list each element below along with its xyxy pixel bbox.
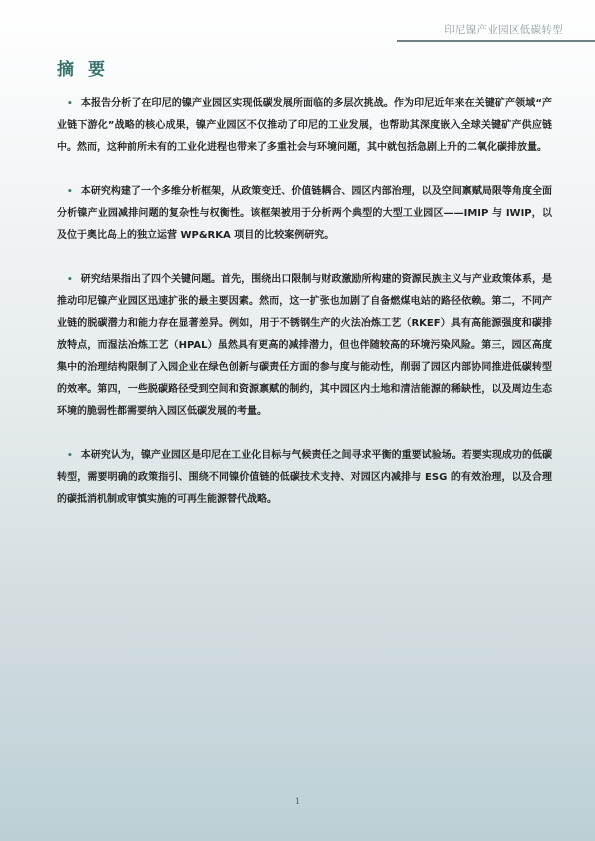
bullet-icon: • bbox=[67, 187, 73, 197]
bullet-icon: • bbox=[67, 99, 73, 109]
abstract-paragraph-3: •研究结果指出了四个关键问题。首先，围绕出口限制与财政激励所构建的资源民族主义与… bbox=[57, 269, 552, 423]
document-page: 印尼镍产业园区低碳转型 摘要 •本报告分析了在印尼的镍产业园区实现低碳发展所面临… bbox=[0, 0, 595, 841]
page-number: 1 bbox=[0, 797, 595, 806]
abstract-body: •本报告分析了在印尼的镍产业园区实现低碳发展所面临的多层次挑战。作为印尼近年来在… bbox=[57, 93, 552, 533]
bullet-icon: • bbox=[67, 451, 73, 461]
section-title: 摘要 bbox=[57, 55, 119, 80]
abstract-paragraph-4: •本研究认为，镍产业园区是印尼在工业化目标与气候责任之间寻求平衡的重要试验场。若… bbox=[57, 445, 552, 511]
abstract-paragraph-2: •本研究构建了一个多维分析框架，从政策变迁、价值链耦合、园区内部治理，以及空间禀… bbox=[57, 181, 552, 247]
bullet-icon: • bbox=[67, 275, 73, 285]
abstract-paragraph-1: •本报告分析了在印尼的镍产业园区实现低碳发展所面临的多层次挑战。作为印尼近年来在… bbox=[57, 93, 552, 159]
running-header-title: 印尼镍产业园区低碳转型 bbox=[444, 22, 563, 37]
header-rule bbox=[397, 40, 595, 42]
